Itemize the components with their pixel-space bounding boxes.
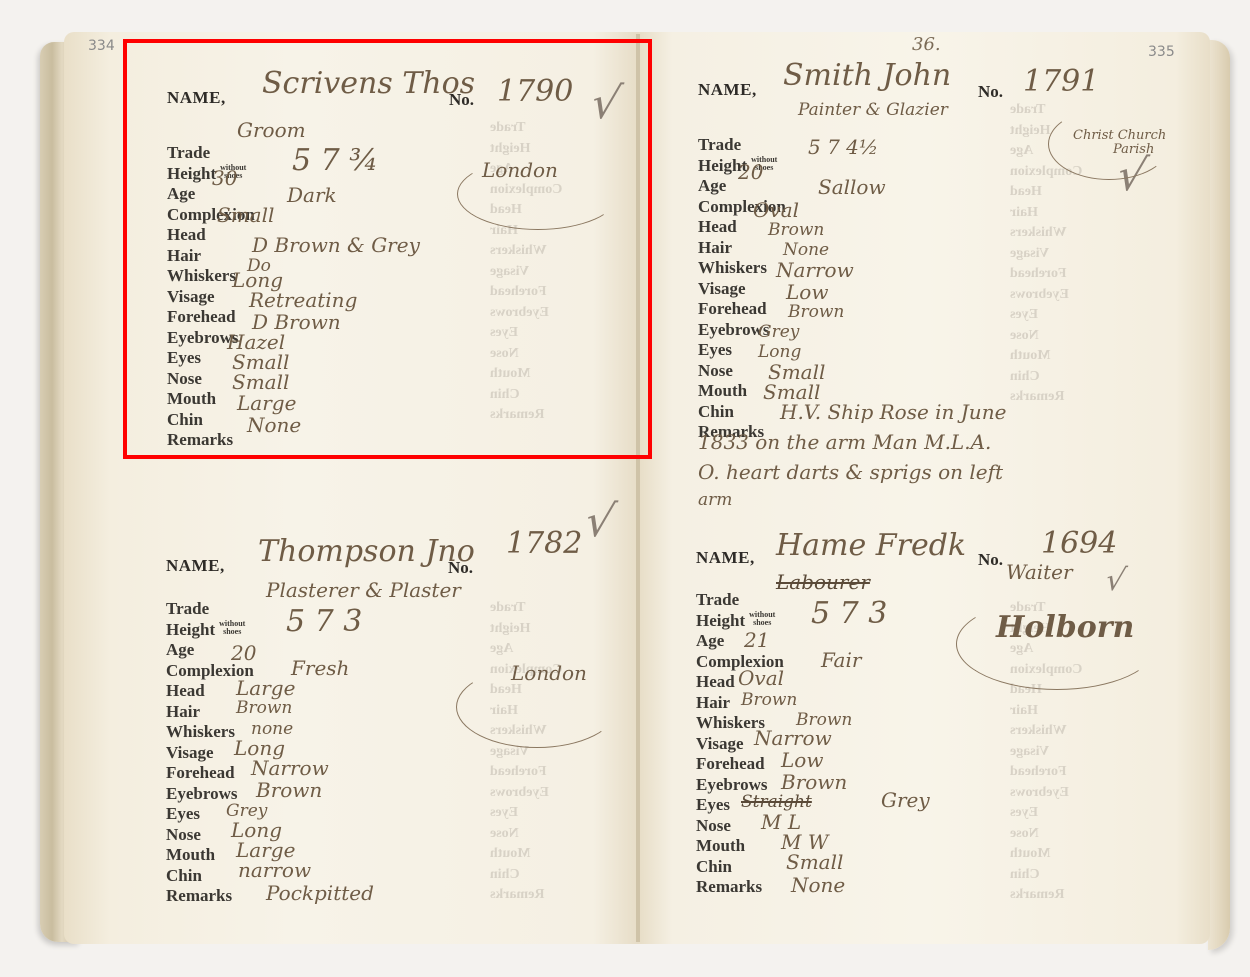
entry-hair: Brown [768,220,824,240]
entry-age: 30 [212,166,237,190]
entry-height: 5 7 3 [286,604,362,639]
name-label: NAME, [167,88,226,108]
entry-complexion: Fresh [291,656,349,680]
entry-remarks: None [247,413,301,437]
entry-trade: Plasterer & Plaster [266,578,461,602]
name-label: NAME, [166,556,225,576]
entry-complexion: Fair [821,648,861,672]
entry-chin: Large [237,391,296,415]
number-label: No. [978,550,1003,570]
entry-age: 20 [738,160,763,184]
register-entry-top-right: NAME, Smith John No. 1791 Painter & Glaz… [698,80,1178,490]
entry-eyebrows: Brown [781,770,847,794]
entry-head: Oval [738,666,784,690]
entry-trade: Painter & Glazier [798,100,948,120]
right-page-edges [1208,40,1230,950]
entry-complexion: Sallow [818,175,886,199]
entry-place: Holborn [996,610,1134,645]
name-label: NAME, [698,80,757,100]
entry-remarks-line-4: arm [698,490,732,510]
entry-height: 5 7 ¾ [292,143,378,178]
entry-forehead: Low [786,280,828,304]
entry-trade: Waiter [1006,560,1073,584]
entry-hair: Brown [741,690,797,710]
entry-eyes-struck: Straight [741,792,812,812]
entry-nose: Long [758,342,801,362]
entry-name: Scrivens Thos [262,66,475,101]
register-entry-bottom-right: NAME, Hame Fredk No. 1694 Waiter Laboure… [696,548,1176,958]
entry-head: Small [217,203,274,227]
entry-eyes: Grey [881,788,930,812]
page-number-left: 334 [88,38,115,54]
entry-trade-struck: Labourer [776,570,870,594]
entry-remarks-line-2: 1833 on the arm Man M.L.A. [698,430,991,454]
entry-forehead: Narrow [251,756,329,780]
entry-remarks: H.V. Ship Rose in June [780,400,1006,424]
entry-chin: narrow [238,858,311,882]
entry-head: Large [236,676,295,700]
entry-name: Thompson Jno [258,534,475,569]
entry-age: 20 [231,641,256,665]
entry-forehead: Low [781,748,823,772]
entry-place-line-2: Parish [1113,142,1154,157]
entry-number: 1790 [497,74,573,109]
entry-hair: Brown [236,698,292,718]
entry-number: 1694 [1041,526,1117,561]
entry-eyebrows: Brown [256,778,322,802]
number-label: No. [449,90,474,110]
entry-place: Christ Church [1073,128,1166,143]
folio-note: 36. [912,34,941,55]
entry-forehead: Retreating [249,288,357,312]
entry-height: 5 7 4½ [808,135,878,159]
entry-height: 5 7 3 [811,596,887,631]
entry-eyes: Grey [758,322,799,342]
entry-age: 21 [744,628,769,652]
entry-head: Oval [753,198,799,222]
entry-place: London [482,158,558,182]
entry-chin: Small [786,850,843,874]
page-number-right: 335 [1148,44,1175,60]
entry-name: Smith John [783,58,951,93]
entry-complexion: Dark [287,183,337,207]
entry-remarks-line-3: O. heart darts & sprigs on left [698,460,1003,484]
register-entry-bottom-left: NAME, Thompson Jno No. 1782 √ Plasterer … [166,556,646,966]
number-label: No. [448,558,473,578]
number-label: No. [978,82,1003,102]
entry-number: 1791 [1023,64,1099,99]
entry-trade: Groom [237,118,306,142]
entry-whiskers: None [783,240,829,260]
checkmark-icon: √ [1102,563,1129,598]
entry-visage: Narrow [754,726,832,750]
entry-visage: Narrow [776,258,854,282]
entry-remarks: None [791,873,845,897]
entry-name: Hame Fredk [776,528,966,563]
entry-hair: D Brown & Grey [252,233,420,257]
entry-eyebrows: Brown [788,302,844,322]
entry-number: 1782 [506,526,582,561]
name-label: NAME, [696,548,755,568]
register-entry-top-left: NAME, Scrivens Thos No. 1790 √ Trade Hei… [167,88,647,498]
entry-place: London [511,661,587,685]
entry-remarks: Pockpitted [266,881,374,905]
